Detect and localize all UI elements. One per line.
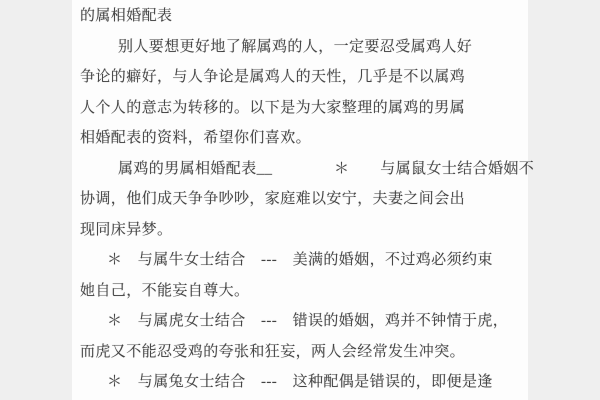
- text-line: 争论的癖好，与人争论是属鸡人的天性，几乎是不以属鸡: [80, 62, 528, 93]
- text-line: 而虎又不能忍受鸡的夸张和狂妄，两人会经常发生冲突。: [80, 337, 528, 368]
- text-line: 她自己，不能妄自尊大。: [80, 276, 528, 307]
- document-viewer: 的属相婚配表 别人要想更好地了解属鸡的人，一定要忍受属鸡人好 争论的癖好，与人争…: [0, 0, 600, 400]
- left-gutter: [0, 0, 72, 400]
- text-line: ＊ 与属兔女士结合 --- 这种配偶是错误的，即便是逢: [107, 367, 528, 398]
- text-line: 相婚配表的资料，希望你们喜欢。: [80, 123, 528, 154]
- text-line: 协调，他们成天争争吵吵，家庭难以安宁，夫妻之间会出: [80, 184, 528, 215]
- text-line: 的属相婚配表: [80, 1, 528, 32]
- text-line: ＊ 与属牛女士结合 --- 美满的婚姻，不过鸡必须约束: [107, 245, 528, 276]
- text-line: ＊ 与属虎女士结合 --- 错误的婚姻，鸡并不钟情于虎，: [107, 306, 528, 337]
- text-line: 属鸡的男属相婚配表__ ＊ 与属鼠女士结合婚姻不: [118, 154, 528, 185]
- text-line: 别人要想更好地了解属鸡的人，一定要忍受属鸡人好: [118, 32, 528, 63]
- document-page: 的属相婚配表 别人要想更好地了解属鸡的人，一定要忍受属鸡人好 争论的癖好，与人争…: [72, 0, 528, 400]
- text-line: 人个人的意志为转移的。以下是为大家整理的属鸡的男属: [80, 93, 528, 124]
- text-line: 现同床异梦。: [80, 215, 528, 246]
- right-gutter: [528, 0, 600, 400]
